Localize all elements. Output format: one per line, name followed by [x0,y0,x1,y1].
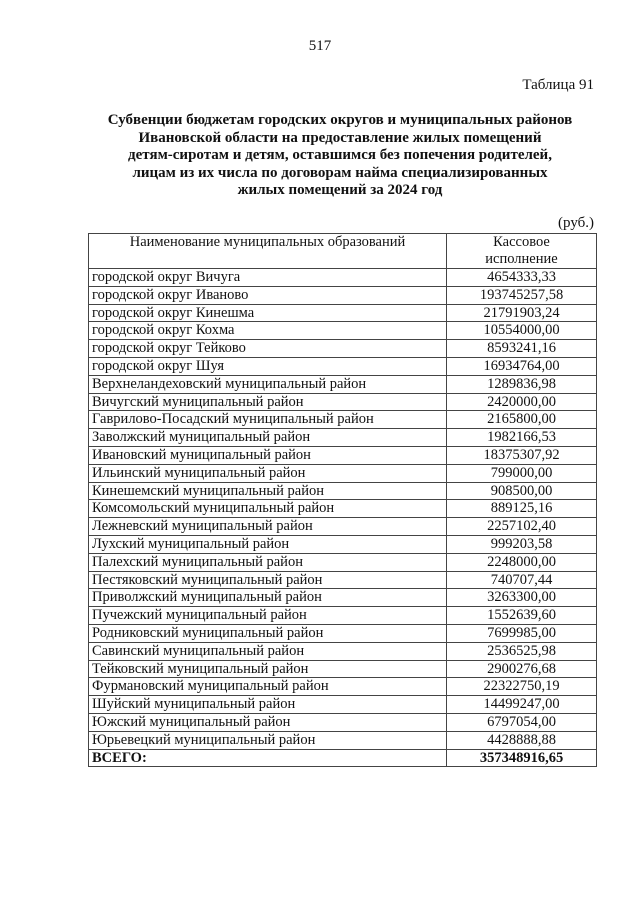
municipality-name: Юрьевецкий муниципальный район [89,731,447,749]
cash-execution-value: 6797054,00 [447,713,597,731]
cash-execution-value: 2536525,98 [447,642,597,660]
table-row: Юрьевецкий муниципальный район4428888,88 [89,731,597,749]
header-municipality: Наименование муниципальных образований [89,234,447,269]
municipality-name: Савинский муниципальный район [89,642,447,660]
cash-execution-value: 22322750,19 [447,678,597,696]
title-line: детям-сиротам и детям, оставшимся без по… [60,147,620,165]
municipality-name: Вичугский муниципальный район [89,393,447,411]
cash-execution-value: 16934764,00 [447,357,597,375]
cash-execution-value: 740707,44 [447,571,597,589]
total-label: ВСЕГО: [89,749,447,767]
municipality-name: Лухский муниципальный район [89,535,447,553]
table-row: Приволжский муниципальный район3263300,0… [89,589,597,607]
table-row: Лухский муниципальный район999203,58 [89,535,597,553]
table-body: городской округ Вичуга4654333,33городско… [89,269,597,750]
municipality-name: городской округ Тейково [89,340,447,358]
cash-execution-value: 4654333,33 [447,269,597,287]
municipality-name: Заволжский муниципальный район [89,429,447,447]
table-row: городской округ Тейково8593241,16 [89,340,597,358]
cash-execution-value: 8593241,16 [447,340,597,358]
subventions-table: Наименование муниципальных образований К… [88,233,597,767]
cash-execution-value: 799000,00 [447,464,597,482]
table-total-row: ВСЕГО: 357348916,65 [89,749,597,767]
table-row: Ивановский муниципальный район18375307,9… [89,446,597,464]
table-row: городской округ Кохма10554000,00 [89,322,597,340]
municipality-name: Ильинский муниципальный район [89,464,447,482]
table-row: Палехский муниципальный район2248000,00 [89,553,597,571]
table-row: Тейковский муниципальный район2900276,68 [89,660,597,678]
title-line: Ивановской области на предоставление жил… [60,130,620,148]
municipality-name: городской округ Шуя [89,357,447,375]
table-row: Лежневский муниципальный район2257102,40 [89,518,597,536]
cash-execution-value: 7699985,00 [447,624,597,642]
table-row: городской округ Вичуга4654333,33 [89,269,597,287]
municipality-name: Пестяковский муниципальный район [89,571,447,589]
municipality-name: Приволжский муниципальный район [89,589,447,607]
cash-execution-value: 1982166,53 [447,429,597,447]
header-cash-execution-line1: Кассовое [450,234,593,251]
municipality-name: городской округ Кохма [89,322,447,340]
cash-execution-value: 1289836,98 [447,375,597,393]
cash-execution-value: 4428888,88 [447,731,597,749]
municipality-name: Шуйский муниципальный район [89,696,447,714]
cash-execution-value: 2165800,00 [447,411,597,429]
table-row: Родниковский муниципальный район7699985,… [89,624,597,642]
cash-execution-value: 10554000,00 [447,322,597,340]
title-line: Субвенции бюджетам городских округов и м… [60,112,620,130]
header-cash-execution-line2: исполнение [450,251,593,268]
municipality-name: городской округ Кинешма [89,304,447,322]
cash-execution-value: 1552639,60 [447,607,597,625]
municipality-name: Ивановский муниципальный район [89,446,447,464]
municipality-name: Верхнеландеховский муниципальный район [89,375,447,393]
cash-execution-value: 18375307,92 [447,446,597,464]
total-value: 357348916,65 [447,749,597,767]
municipality-name: Тейковский муниципальный район [89,660,447,678]
cash-execution-value: 2420000,00 [447,393,597,411]
page-number: 517 [0,38,640,55]
cash-execution-value: 2248000,00 [447,553,597,571]
cash-execution-value: 14499247,00 [447,696,597,714]
table-row: Ильинский муниципальный район799000,00 [89,464,597,482]
municipality-name: городской округ Вичуга [89,269,447,287]
table-row: Пучежский муниципальный район1552639,60 [89,607,597,625]
cash-execution-value: 3263300,00 [447,589,597,607]
title-line: лицам из их числа по договорам найма спе… [60,165,620,183]
municipality-name: городской округ Иваново [89,286,447,304]
table-row: Кинешемский муниципальный район908500,00 [89,482,597,500]
table-row: Пестяковский муниципальный район740707,4… [89,571,597,589]
table-row: Фурмановский муниципальный район22322750… [89,678,597,696]
table-row: Шуйский муниципальный район14499247,00 [89,696,597,714]
cash-execution-value: 889125,16 [447,500,597,518]
municipality-name: Фурмановский муниципальный район [89,678,447,696]
table-label: Таблица 91 [522,77,594,94]
cash-execution-value: 2900276,68 [447,660,597,678]
table-row: городской округ Иваново193745257,58 [89,286,597,304]
table-row: городской округ Шуя16934764,00 [89,357,597,375]
cash-execution-value: 908500,00 [447,482,597,500]
table-row: Комсомольский муниципальный район889125,… [89,500,597,518]
document-title: Субвенции бюджетам городских округов и м… [60,112,620,200]
municipality-name: Родниковский муниципальный район [89,624,447,642]
title-line: жилых помещений за 2024 год [60,182,620,200]
municipality-name: Южский муниципальный район [89,713,447,731]
table-row: Южский муниципальный район6797054,00 [89,713,597,731]
cash-execution-value: 2257102,40 [447,518,597,536]
municipality-name: Комсомольский муниципальный район [89,500,447,518]
table-header-row: Наименование муниципальных образований К… [89,234,597,269]
municipality-name: Кинешемский муниципальный район [89,482,447,500]
table-row: Верхнеландеховский муниципальный район12… [89,375,597,393]
table-row: городской округ Кинешма21791903,24 [89,304,597,322]
municipality-name: Лежневский муниципальный район [89,518,447,536]
municipality-name: Пучежский муниципальный район [89,607,447,625]
table-row: Гаврилово-Посадский муниципальный район2… [89,411,597,429]
table-row: Вичугский муниципальный район2420000,00 [89,393,597,411]
cash-execution-value: 999203,58 [447,535,597,553]
table-row: Савинский муниципальный район2536525,98 [89,642,597,660]
units-label: (руб.) [558,215,594,232]
municipality-name: Гаврилово-Посадский муниципальный район [89,411,447,429]
cash-execution-value: 193745257,58 [447,286,597,304]
table-row: Заволжский муниципальный район1982166,53 [89,429,597,447]
cash-execution-value: 21791903,24 [447,304,597,322]
municipality-name: Палехский муниципальный район [89,553,447,571]
header-cash-execution: Кассовое исполнение [447,234,597,269]
